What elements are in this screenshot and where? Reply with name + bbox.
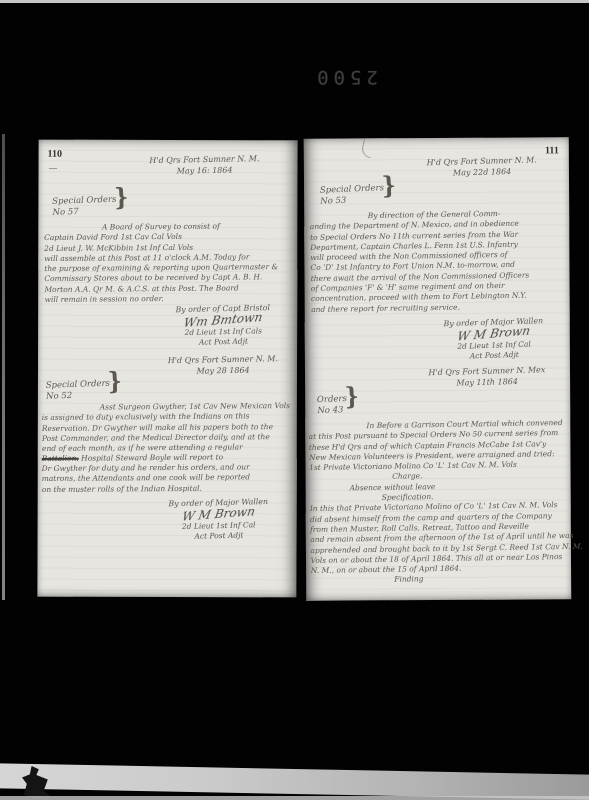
order-body: A Board of Survey to consist ofCaptain D… <box>44 221 295 305</box>
order-signoff: By order of Capt Bristol Wm Bmtown 2d Li… <box>154 303 293 349</box>
brace-mark: } <box>344 391 359 404</box>
frame-number-stamp: 2500 <box>295 66 395 88</box>
order-heading: H'd Qrs Fort Sumner N. MexMay 11th 1864 <box>407 364 568 390</box>
order-heading: H'd Qrs Fort Sumner N. M.May 28 1864 <box>148 353 298 378</box>
film-bottom-edge <box>0 796 589 800</box>
order-label-lines: Special OrdersNo 53 <box>320 183 385 208</box>
order-margin-label: OrdersNo 43 } <box>317 394 348 417</box>
book-page-right: 111 H'd Qrs Fort Sumner N. M.May 22d 186… <box>304 137 571 600</box>
order-heading: H'd Qrs Fort Sumner N. M.May 22d 1864 <box>402 154 563 180</box>
order-signoff: By order of Major Wallen W M Brown 2d Li… <box>424 316 563 363</box>
order-signoff: By order of Major Wallen W M Brown 2d Li… <box>147 496 290 542</box>
specification-body: In this that Private Victoriano Molino o… <box>310 500 567 576</box>
order-body: In Before a Garrison Court Martial which… <box>308 418 565 473</box>
order-margin-label: Special OrdersNo 57 } <box>52 195 117 219</box>
struck-word: Battalion. <box>42 454 79 463</box>
order-margin-label: Special OrdersNo 52 } <box>46 379 111 403</box>
brace-mark: } <box>382 180 397 193</box>
page-number: 110 <box>48 149 62 160</box>
microfilm-frame: 2500 110 — H'd Qrs Fort Sumner N. M.May … <box>0 0 589 800</box>
order-body: By direction of the General Comm-anding … <box>310 208 566 315</box>
film-top-edge <box>0 0 589 3</box>
order-label-lines: Special OrdersNo 57 <box>52 195 117 219</box>
brace-mark: } <box>114 192 129 205</box>
page-number-dash: — <box>49 164 58 174</box>
film-left-edge <box>2 134 5 600</box>
court-martial-section: In Before a Garrison Court Martial which… <box>308 418 567 587</box>
order-body: Dr Gwyther for duty and he render his or… <box>42 462 294 495</box>
ink-flourish-mark <box>360 139 375 158</box>
brace-mark: } <box>108 376 123 389</box>
order-margin-label: Special OrdersNo 53 } <box>320 183 385 208</box>
order-body: Asst Surgeon Gwyther, 1st Cav New Mexica… <box>42 401 294 454</box>
order-label-lines: OrdersNo 43 <box>317 394 348 417</box>
order-heading: H'd Qrs Fort Sumner N. M.May 16: 1864 <box>124 153 284 178</box>
order-label-lines: Special OrdersNo 52 <box>46 379 111 403</box>
after-struck-text: Hospital Steward Boyle will report to <box>79 453 223 463</box>
film-bottom-strip <box>0 763 589 800</box>
book-page-left: 110 — H'd Qrs Fort Sumner N. M.May 16: 1… <box>37 140 297 598</box>
